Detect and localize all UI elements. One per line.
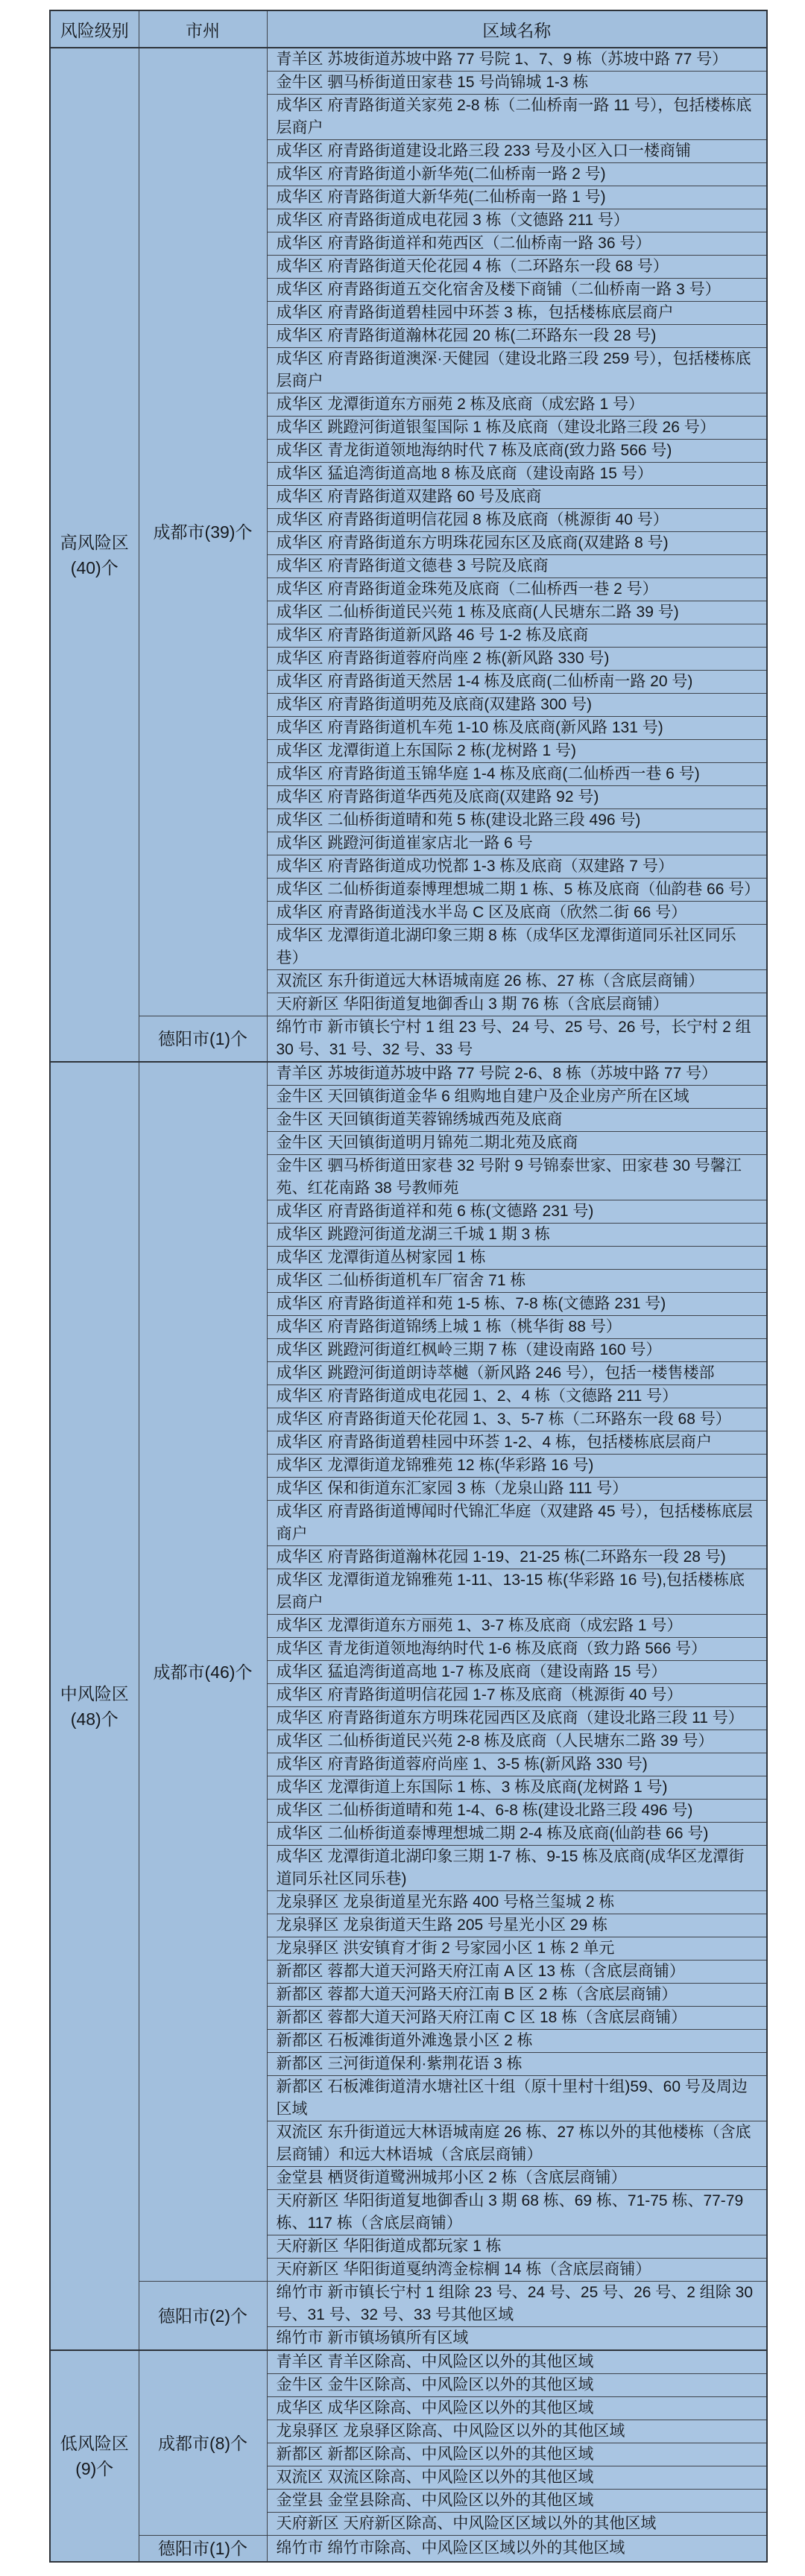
- area-cell: 金牛区 天回镇街道金华 6 组购地自建户及企业房产所在区域: [267, 1086, 767, 1109]
- area-cell: 成华区 府青路街道双建路 60 号及底商: [267, 486, 767, 509]
- area-cell: 龙泉驿区 龙泉街道星光东路 400 号格兰玺城 2 栋: [267, 1891, 767, 1914]
- risk-level-label: 低风险区: [54, 2431, 136, 2456]
- area-cell: 成华区 府青路街道金珠苑及底商（二仙桥西一巷 2 号）: [267, 578, 767, 601]
- area-cell: 成华区 龙潭街道东方丽苑 2 栋及底商（成宏路 1 号）: [267, 393, 767, 417]
- area-cell: 成华区 龙潭街道北湖印象三期 8 栋（成华区龙潭街道同乐社区同乐巷）: [267, 925, 767, 970]
- area-cell: 成华区 府青路街道小新华苑(二仙桥南一路 2 号): [267, 163, 767, 186]
- area-cell: 金牛区 天回镇街道芙蓉锦绣城西苑及底商: [267, 1109, 767, 1132]
- area-cell: 成华区 府青路街道天然居 1-4 栋及底商(二仙桥南一路 20 号): [267, 671, 767, 694]
- area-cell: 成华区 府青路街道关家苑 2-8 栋（二仙桥南一路 11 号），包括楼栋底层商户: [267, 95, 767, 140]
- area-cell: 成华区 府青路街道大新华苑(二仙桥南一路 1 号): [267, 186, 767, 209]
- risk-level-label: 高风险区: [54, 530, 136, 555]
- area-cell: 成华区 府青路街道明信花园 1-7 栋及底商（桃源街 40 号）: [267, 1684, 767, 1707]
- area-cell: 成华区 府青路街道天伦花园 1、3、5-7 栋（二环路东一段 68 号）: [267, 1408, 767, 1431]
- area-cell: 成华区 府青路街道新风路 46 号 1-2 栋及底商: [267, 624, 767, 648]
- area-cell: 成华区 府青路街道瀚林花园 20 栋(二环路东一段 28 号): [267, 325, 767, 348]
- area-cell: 成华区 跳蹬河街道红枫岭三期 7 栋（建设南路 160 号）: [267, 1339, 767, 1362]
- area-cell: 绵竹市 新市镇场镇所有区域: [267, 2327, 767, 2351]
- area-cell: 成华区 府青路街道华西苑及底商(双建路 92 号): [267, 786, 767, 809]
- header-row: 风险级别 市州 区域名称: [50, 10, 767, 48]
- area-cell: 绵竹市 新市镇长宁村 1 组除 23 号、24 号、25 号、26 号、2 组除…: [267, 2282, 767, 2327]
- area-cell: 双流区 东升街道远大林语城南庭 26 栋、27 栋（含底层商铺）: [267, 970, 767, 993]
- area-cell: 天府新区 华阳街道复地御香山 3 期 76 栋（含底层商铺）: [267, 993, 767, 1016]
- city-cell: 德阳市(1)个: [139, 1016, 267, 1063]
- area-cell: 龙泉驿区 龙泉街道天生路 205 号星光小区 29 栋: [267, 1914, 767, 1937]
- area-cell: 成华区 府青路街道东方明珠花园西区及底商（建设北路三段 11 号）: [267, 1707, 767, 1730]
- city-cell: 德阳市(2)个: [139, 2282, 267, 2351]
- area-cell: 成华区 府青路街道锦绣上城 1 栋（桃华街 88 号）: [267, 1316, 767, 1339]
- area-cell: 成华区 二仙桥街道泰博理想城二期 2-4 栋及底商(仙韵巷 66 号): [267, 1823, 767, 1846]
- area-cell: 双流区 东升街道远大林语城南庭 26 栋、27 栋以外的其他楼栋（含底层商铺）和…: [267, 2121, 767, 2167]
- risk-level-count: (40)个: [54, 555, 136, 580]
- area-cell: 成华区 府青路街道玉锦华庭 1-4 栋及底商(二仙桥西一巷 6 号): [267, 763, 767, 786]
- area-cell: 成华区 龙潭街道东方丽苑 1、3-7 栋及底商（成宏路 1 号）: [267, 1615, 767, 1638]
- area-cell: 天府新区 华阳街道戛纳湾金棕榈 14 栋（含底层商铺）: [267, 2259, 767, 2282]
- table-header: 风险级别 市州 区域名称: [50, 10, 767, 48]
- risk-area-page: 风险级别 市州 区域名称 高风险区(40)个成都市(39)个青羊区 苏坡街道苏坡…: [0, 0, 805, 2576]
- area-cell: 成华区 府青路街道成电花园 1、2、4 栋（文德路 211 号）: [267, 1385, 767, 1408]
- area-cell: 天府新区 华阳街道成都玩家 1 栋: [267, 2235, 767, 2259]
- risk-level-cell: 中风险区(48)个: [50, 1062, 139, 2350]
- header-city: 市州: [139, 10, 267, 48]
- area-cell: 成华区 府青路街道碧桂园中环荟 3 栋，包括楼栋底层商户: [267, 302, 767, 325]
- area-cell: 青羊区 苏坡街道苏坡中路 77 号院 2-6、8 栋（苏坡中路 77 号）: [267, 1062, 767, 1086]
- risk-table-body: 高风险区(40)个成都市(39)个青羊区 苏坡街道苏坡中路 77 号院 1、7、…: [50, 48, 767, 2562]
- area-cell: 成华区 府青路街道成电花园 3 栋（文德路 211 号）: [267, 209, 767, 232]
- area-cell: 天府新区 天府新区除高、中风险区区域以外的其他区域: [267, 2513, 767, 2536]
- area-cell: 龙泉驿区 洪安镇育才街 2 号家园小区 1 栋 2 单元: [267, 1937, 767, 1961]
- header-risk-level: 风险级别: [50, 10, 139, 48]
- area-cell: 成华区 龙潭街道龙锦雅苑 1-11、13-15 栋(华彩路 16 号),包括楼栋…: [267, 1569, 767, 1615]
- area-cell: 新都区 石板滩街道外滩逸景小区 2 栋: [267, 2030, 767, 2053]
- area-cell: 成华区 成华区除高、中风险区以外的其他区域: [267, 2397, 767, 2420]
- area-cell: 成华区 府青路街道祥和苑 6 栋(文德路 231 号): [267, 1200, 767, 1224]
- area-cell: 成华区 府青路街道祥和苑西区（二仙桥南一路 36 号）: [267, 232, 767, 256]
- table-row: 高风险区(40)个成都市(39)个青羊区 苏坡街道苏坡中路 77 号院 1、7、…: [50, 48, 767, 72]
- area-cell: 成华区 青龙街道领地海纳时代 7 栋及底商(致力路 566 号): [267, 440, 767, 463]
- area-cell: 金堂县 栖贤街道鹭洲城邦小区 2 栋（含底层商铺）: [267, 2167, 767, 2190]
- area-cell: 成华区 府青路街道五交化宿舍及楼下商铺（二仙桥南一路 3 号）: [267, 279, 767, 302]
- area-cell: 新都区 蓉都大道天河路天府江南 C 区 18 栋（含底层商铺）: [267, 2007, 767, 2030]
- header-area-name: 区域名称: [267, 10, 767, 48]
- area-cell: 成华区 府青路街道祥和苑 1-5 栋、7-8 栋(文德路 231 号): [267, 1293, 767, 1316]
- area-cell: 成华区 府青路街道天伦花园 4 栋（二环路东一段 68 号）: [267, 256, 767, 279]
- area-cell: 成华区 龙潭街道上东国际 1 栋、3 栋及底商(龙树路 1 号): [267, 1776, 767, 1800]
- city-cell: 成都市(8)个: [139, 2350, 267, 2536]
- area-cell: 成华区 保和街道东汇家园 3 栋（龙泉山路 111 号）: [267, 1478, 767, 1501]
- area-cell: 金牛区 金牛区除高、中风险区以外的其他区域: [267, 2374, 767, 2397]
- area-cell: 绵竹市 绵竹市除高、中风险区区域以外的其他区域: [267, 2536, 767, 2563]
- city-cell: 德阳市(1)个: [139, 2536, 267, 2563]
- area-cell: 成华区 龙潭街道龙锦雅苑 12 栋(华彩路 16 号): [267, 1455, 767, 1478]
- area-cell: 成华区 府青路街道明信花园 8 栋及底商（桃源街 40 号）: [267, 509, 767, 532]
- area-cell: 天府新区 华阳街道复地御香山 3 期 68 栋、69 栋、71-75 栋、77-…: [267, 2190, 767, 2235]
- table-row: 中风险区(48)个成都市(46)个青羊区 苏坡街道苏坡中路 77 号院 2-6、…: [50, 1062, 767, 1086]
- area-cell: 成华区 府青路街道浅水半岛 C 区及底商（欣然二街 66 号）: [267, 902, 767, 925]
- area-cell: 成华区 跳蹬河街道崔家店北一路 6 号: [267, 832, 767, 855]
- area-cell: 成华区 二仙桥街道机车厂宿舍 71 栋: [267, 1270, 767, 1293]
- area-cell: 绵竹市 新市镇长宁村 1 组 23 号、24 号、25 号、26 号，长宁村 2…: [267, 1016, 767, 1063]
- area-cell: 龙泉驿区 龙泉驿区除高、中风险区以外的其他区域: [267, 2420, 767, 2443]
- area-cell: 成华区 府青路街道蓉府尚座 2 栋(新风路 330 号): [267, 648, 767, 671]
- area-cell: 成华区 二仙桥街道晴和苑 5 栋(建设北路三段 496 号): [267, 809, 767, 832]
- area-cell: 成华区 府青路街道澳深·天健园（建设北路三段 259 号），包括楼栋底层商户: [267, 348, 767, 393]
- area-cell: 青羊区 青羊区除高、中风险区以外的其他区域: [267, 2350, 767, 2374]
- area-cell: 成华区 二仙桥街道泰博理想城二期 1 栋、5 栋及底商（仙韵巷 66 号）: [267, 879, 767, 902]
- risk-area-table: 风险级别 市州 区域名称 高风险区(40)个成都市(39)个青羊区 苏坡街道苏坡…: [49, 10, 768, 2563]
- area-cell: 成华区 二仙桥街道民兴苑 1 栋及底商(人民塘东二路 39 号): [267, 601, 767, 624]
- table-row: 德阳市(2)个绵竹市 新市镇长宁村 1 组除 23 号、24 号、25 号、26…: [50, 2282, 767, 2327]
- risk-level-count: (48)个: [54, 1706, 136, 1732]
- area-cell: 双流区 双流区除高、中风险区以外的其他区域: [267, 2466, 767, 2490]
- risk-level-label: 中风险区: [54, 1681, 136, 1706]
- table-row: 低风险区(9)个成都市(8)个青羊区 青羊区除高、中风险区以外的其他区域: [50, 2350, 767, 2374]
- area-cell: 成华区 二仙桥街道晴和苑 1-4、6-8 栋(建设北路三段 496 号): [267, 1800, 767, 1823]
- area-cell: 成华区 跳蹬河街道银玺国际 1 栋及底商（建设北路三段 26 号）: [267, 417, 767, 440]
- area-cell: 成华区 府青路街道成功悦都 1-3 栋及底商（双建路 7 号）: [267, 855, 767, 879]
- area-cell: 成华区 府青路街道博闻时代锦汇华庭（双建路 45 号），包括楼栋底层商户: [267, 1501, 767, 1546]
- area-cell: 成华区 府青路街道机车苑 1-10 栋及底商(新风路 131 号): [267, 717, 767, 740]
- area-cell: 成华区 府青路街道文德巷 3 号院及底商: [267, 555, 767, 578]
- risk-level-count: (9)个: [54, 2456, 136, 2481]
- area-cell: 成华区 二仙桥街道民兴苑 2-8 栋及底商（人民塘东二路 39 号）: [267, 1730, 767, 1753]
- area-cell: 新都区 三河街道保利·紫荆花语 3 栋: [267, 2053, 767, 2076]
- risk-level-cell: 高风险区(40)个: [50, 48, 139, 1062]
- risk-level-cell: 低风险区(9)个: [50, 2350, 139, 2562]
- area-cell: 成华区 跳蹬河街道龙湖三千城 1 期 3 栋: [267, 1224, 767, 1247]
- area-cell: 成华区 跳蹬河街道朗诗萃樾（新风路 246 号），包括一楼售楼部: [267, 1362, 767, 1385]
- city-cell: 成都市(46)个: [139, 1062, 267, 2282]
- area-cell: 新都区 蓉都大道天河路天府江南 B 区 2 栋（含底层商铺）: [267, 1984, 767, 2007]
- area-cell: 金牛区 天回镇街道明月锦苑二期北苑及底商: [267, 1132, 767, 1155]
- area-cell: 成华区 青龙街道领地海纳时代 1-6 栋及底商（致力路 566 号）: [267, 1638, 767, 1661]
- area-cell: 新都区 石板滩街道清水塘社区十组（原十里村十组)59、60 号及周边区域: [267, 2076, 767, 2121]
- area-cell: 成华区 府青路街道建设北路三段 233 号及小区入口一楼商铺: [267, 140, 767, 163]
- area-cell: 金堂县 金堂县除高、中风险区以外的其他区域: [267, 2490, 767, 2513]
- area-cell: 成华区 府青路街道碧桂园中环荟 1-2、4 栋，包括楼栋底层商户: [267, 1431, 767, 1455]
- area-cell: 成华区 府青路街道明苑及底商(双建路 300 号): [267, 694, 767, 717]
- table-row: 德阳市(1)个绵竹市 绵竹市除高、中风险区区域以外的其他区域: [50, 2536, 767, 2563]
- area-cell: 成华区 猛追湾街道高地 8 栋及底商（建设南路 15 号）: [267, 463, 767, 486]
- area-cell: 成华区 府青路街道蓉府尚座 1、3-5 栋(新风路 330 号): [267, 1753, 767, 1776]
- area-cell: 成华区 龙潭街道北湖印象三期 1-7 栋、9-15 栋及底商(成华区龙潭街道同乐…: [267, 1846, 767, 1891]
- area-cell: 新都区 蓉都大道天河路天府江南 A 区 13 栋（含底层商铺）: [267, 1961, 767, 1984]
- city-cell: 成都市(39)个: [139, 48, 267, 1016]
- table-row: 德阳市(1)个绵竹市 新市镇长宁村 1 组 23 号、24 号、25 号、26 …: [50, 1016, 767, 1063]
- area-cell: 成华区 府青路街道东方明珠花园东区及底商(双建路 8 号): [267, 532, 767, 555]
- area-cell: 成华区 猛追湾街道高地 1-7 栋及底商（建设南路 15 号）: [267, 1661, 767, 1684]
- area-cell: 金牛区 驷马桥街道田家巷 15 号尚锦城 1-3 栋: [267, 72, 767, 95]
- area-cell: 成华区 府青路街道瀚林花园 1-19、21-25 栋(二环路东一段 28 号): [267, 1546, 767, 1569]
- area-cell: 成华区 龙潭街道丛树家园 1 栋: [267, 1247, 767, 1270]
- area-cell: 成华区 龙潭街道上东国际 2 栋(龙树路 1 号): [267, 740, 767, 763]
- area-cell: 金牛区 驷马桥街道田家巷 32 号附 9 号锦泰世家、田家巷 30 号馨江苑、红…: [267, 1155, 767, 1200]
- area-cell: 青羊区 苏坡街道苏坡中路 77 号院 1、7、9 栋（苏坡中路 77 号）: [267, 48, 767, 72]
- area-cell: 新都区 新都区除高、中风险区以外的其他区域: [267, 2443, 767, 2466]
